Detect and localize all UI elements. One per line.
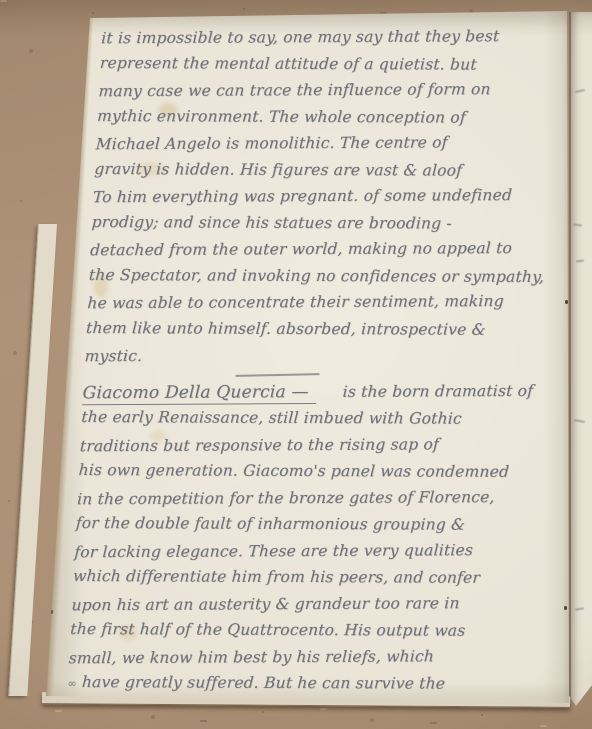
facing-page-writing-fragment [576,260,584,263]
facing-page-writing-fragment [574,419,585,423]
manuscript-line: To him everything was pregnant. of some … [92,182,563,211]
facing-page-writing-fragment [575,89,585,93]
manuscript-line: his own generation. Giacomo's panel was … [78,457,549,486]
manuscript-line: he was able to concentrate their sentime… [87,288,558,317]
manuscript-line: for lacking elegance. These are the very… [74,536,545,565]
manuscript-last-line: ∞have greatly suffered. But he can survi… [67,669,539,700]
section-heading-line: Giacomo Della Quercia —is the born drama… [82,377,553,406]
manuscript-line: gravity is hidden. His figures are vast … [94,155,565,184]
notebook-photo: it is impossible to say, one may say tha… [0,0,592,729]
heading-continuation: is the born dramatist of [342,381,533,400]
gutter-speck [564,606,567,610]
manuscript-line: many case we can trace the influence of … [98,76,569,105]
manuscript-line: traditions but responsive to the rising … [79,430,550,459]
facing-page-edge [569,12,592,706]
manuscript-line: the early Renaissance, still imbued with… [81,404,552,433]
facing-page-writing-fragment [573,223,582,226]
manuscript-line: small, we know him best by his reliefs, … [68,642,539,671]
manuscript-line: which differentiate him from his peers, … [72,563,543,592]
section-heading: Giacomo Della Quercia — [82,382,317,405]
gutter-speck [565,300,568,304]
manuscript-line: them like unto himself. absorbed, intros… [85,314,556,343]
manuscript-line: mystic. [84,341,555,370]
manuscript-line: upon his art an austerity & grandeur too… [71,589,542,618]
manuscript-line: it is impossible to say, one may say tha… [101,23,572,52]
manuscript-line: mythic environment. The whole conception… [96,102,567,131]
facing-page-writing-fragment [575,607,584,610]
section-divider [236,373,320,377]
manuscript-line: in the competition for the bronze gates … [76,483,547,512]
manuscript-line: prodigy; and since his statues are brood… [91,208,562,237]
manuscript-line: Michael Angelo is monolithic. The centre… [95,129,566,158]
manuscript-line: the Spectator, and invoking no confidenc… [88,261,559,290]
manuscript-line: represent the mental attitude of a quiet… [99,49,570,78]
manuscript-line: detached from the outer world, making no… [90,235,561,264]
handwritten-text-block: it is impossible to say, one may say tha… [67,24,572,699]
manuscript-line: have greatly suffered. But he can surviv… [81,673,445,693]
manuscript-line: for the double fault of inharmonious gro… [75,510,546,539]
manuscript-line: the first half of the Quattrocento. His … [70,616,541,645]
notebook-page: it is impossible to say, one may say tha… [40,6,574,708]
margin-mark: ∞ [67,677,77,690]
